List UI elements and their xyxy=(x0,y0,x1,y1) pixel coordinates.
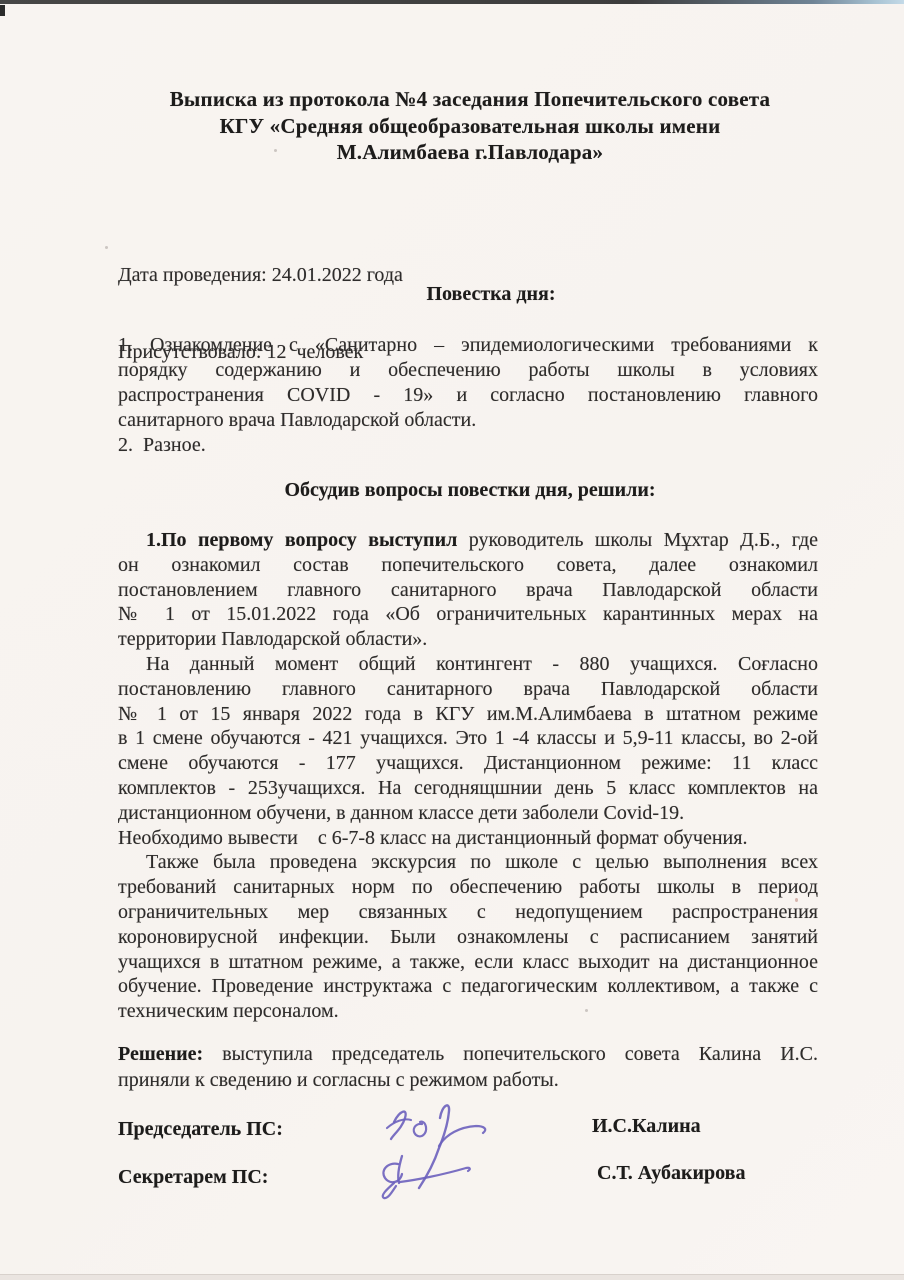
paragraph-1-line: постановлением главного санитарного врач… xyxy=(118,578,818,603)
scan-speck xyxy=(105,246,108,249)
paragraph-1-line: 1.По первому вопросу выступил руководите… xyxy=(118,528,818,553)
paragraph-1-line: он ознакомил состав попечительского сове… xyxy=(118,553,818,578)
paragraph-1-lead: 1.По первому вопросу выступил xyxy=(146,529,469,551)
paragraph-2-line: № 1 от 15 января 2022 года в КГУ им.М.Ал… xyxy=(118,702,818,727)
secretary-label: Секретарем ПС: xyxy=(118,1166,268,1189)
decision-line: приняли к сведению и согласны с режимом … xyxy=(118,1068,818,1094)
signature-stroke xyxy=(400,1168,470,1182)
paragraph-2-line: в 1 смене обучаются - 421 учащихся. Это … xyxy=(118,726,818,751)
paragraph-3-line: ограничительных мер связанных с недопуще… xyxy=(118,900,818,925)
paragraph-3-line: требований санитарных норм по обеспечени… xyxy=(118,875,818,900)
paragraph-3-line: короновирусной инфекции. Были ознакомлен… xyxy=(118,925,818,950)
agenda-item-1-line: 1. Ознакомление с «Санитарно – эпидемиол… xyxy=(118,333,818,358)
paragraph-2-line: Необходимо вывести с 6-7-8 класс на дист… xyxy=(118,826,818,851)
scan-artifact-notch xyxy=(0,5,5,16)
paragraph-3-line: Также была проведена экскурсия по школе … xyxy=(118,850,818,875)
scanned-document-page: Выписка из протокола №4 заседания Попечи… xyxy=(0,0,904,1280)
scan-edge-top xyxy=(0,0,904,4)
paragraph-1-line: территории Павлодарской области». xyxy=(118,627,818,652)
paragraph-2-line: смене обучаются - 177 учащихся. Дистанци… xyxy=(118,751,818,776)
resolutions-heading: Обсудив вопросы повестки дня, решили: xyxy=(120,479,820,502)
paragraph-1-lead-rest: руководитель школы Мұхтар Д.Б., где xyxy=(469,529,818,551)
paragraph-2-line: На данный момент общий контингент - 880 … xyxy=(118,652,818,677)
agenda-item-1-line: распространения COVID - 19» и согласно п… xyxy=(118,383,818,408)
secretary-signature xyxy=(372,1146,476,1202)
signature-stroke xyxy=(414,1122,426,1137)
document-body: 1.По первому вопросу выступил руководите… xyxy=(118,528,818,1024)
agenda-item-2: 2. Разное. xyxy=(118,433,818,458)
decision-paragraph: Решение: выступила председатель попечите… xyxy=(118,1042,818,1093)
signature-stroke xyxy=(387,1119,411,1128)
agenda-item-1-line: порядку содержанию и обеспечению работы … xyxy=(118,358,818,383)
document-title: Выписка из протокола №4 заседания Попечи… xyxy=(120,86,820,166)
decision-lead: Решение: xyxy=(118,1043,222,1065)
title-line-3: М.Алимбаева г.Павлодара» xyxy=(120,139,820,166)
paragraph-2-line: дистанционном обучени, в данном классе д… xyxy=(118,801,818,826)
scan-edge-bottom xyxy=(0,1274,904,1280)
chair-name: И.С.Калина xyxy=(592,1115,701,1138)
signature-stroke xyxy=(391,1112,406,1139)
secretary-name: С.Т. Аубакирова xyxy=(597,1162,745,1185)
decision-lead-rest: выступила председатель попечительского с… xyxy=(222,1043,818,1065)
agenda-item-1-line: санитарного врача Павлодарской области. xyxy=(118,408,818,433)
paragraph-1-line: № 1 от 15.01.2022 года «Об ограничительн… xyxy=(118,602,818,627)
title-line-2: КГУ «Средняя общеобразовательная школы и… xyxy=(120,113,820,140)
paragraph-3-line: учащихся в штатном режиме, а также, если… xyxy=(118,950,818,975)
agenda-heading: Повестка дня: xyxy=(120,283,820,306)
paragraph-3-line: техническим персоналом. xyxy=(118,999,818,1024)
paragraph-3-line: обучение. Проведение инструктажа с педаг… xyxy=(118,974,818,999)
signature-stroke xyxy=(383,1183,396,1198)
paragraph-2-line: постановлению главного санитарного врача… xyxy=(118,677,818,702)
decision-line: Решение: выступила председатель попечите… xyxy=(118,1042,818,1068)
chair-label: Председатель ПС: xyxy=(118,1118,283,1141)
paragraph-2-line: комплектов - 253учащихся. На сегоднящшни… xyxy=(118,776,818,801)
agenda-list: 1. Ознакомление с «Санитарно – эпидемиол… xyxy=(118,333,818,458)
title-line-1: Выписка из протокола №4 заседания Попечи… xyxy=(120,86,820,113)
